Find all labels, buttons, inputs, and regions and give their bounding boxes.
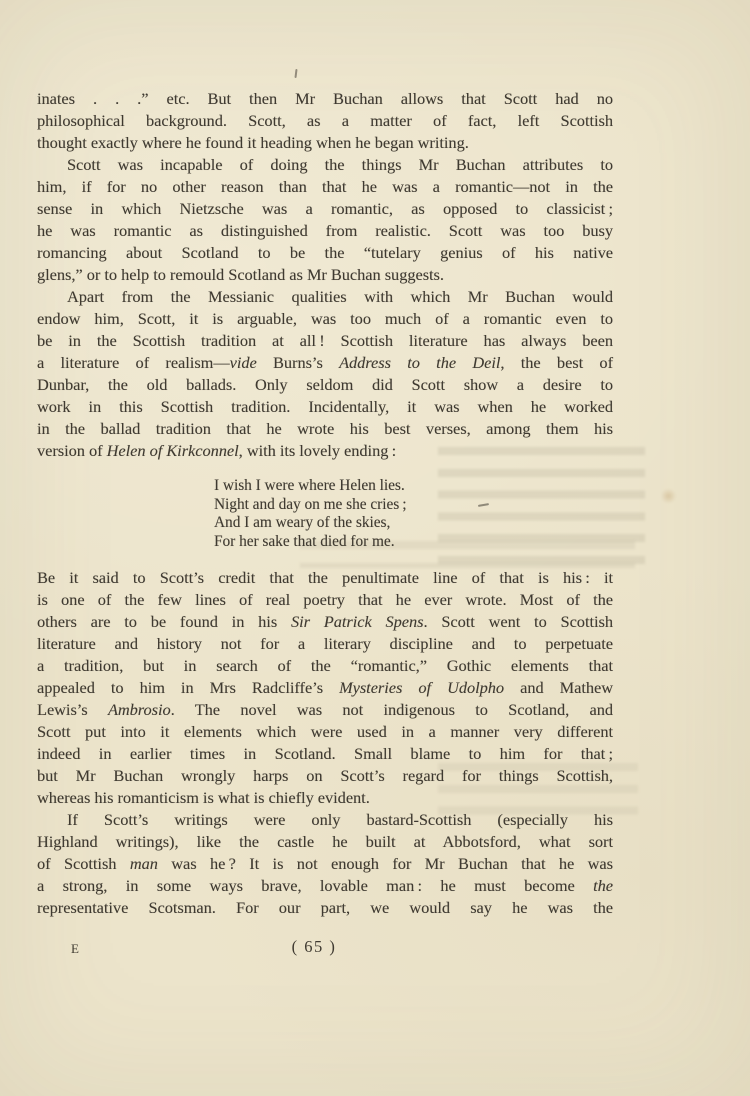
- text-line: I wish I were where Helen lies.: [214, 477, 613, 496]
- text-line: others are to be found in his Sir Patric…: [37, 611, 613, 633]
- text-line: sense in which Nietzsche was a romantic,…: [37, 198, 613, 220]
- text-line: Night and day on me she cries ;: [214, 496, 613, 515]
- verse-quote: I wish I were where Helen lies.Night and…: [214, 477, 613, 551]
- text-line: he was romantic as distinguished from re…: [37, 220, 613, 242]
- text-line: If Scott’s writings were only bastard-Sc…: [37, 809, 613, 831]
- foxing-spot: [660, 489, 677, 503]
- text-line: romancing about Scotland to be the “tute…: [37, 242, 613, 264]
- page-text: inates . . .” etc. But then Mr Buchan al…: [37, 88, 613, 919]
- italic-text: Mysteries of Udolpho: [339, 678, 504, 697]
- italic-text: Address to the Deil: [339, 353, 500, 372]
- paragraph: Apart from the Messianic qualities with …: [37, 286, 613, 462]
- text-line: Lewis’s Ambrosio. The novel was not indi…: [37, 699, 613, 721]
- paragraph: If Scott’s writings were only bastard-Sc…: [37, 809, 613, 919]
- text-line: appealed to him in Mrs Radcliffe’s Myste…: [37, 677, 613, 699]
- text-line: Dunbar, the old ballads. Only seldom did…: [37, 374, 613, 396]
- text-line: thought exactly where he found it headin…: [37, 132, 613, 154]
- italic-text: man: [130, 854, 158, 873]
- text-line: whereas his romanticism is what is chief…: [37, 787, 613, 809]
- text-line: a literature of realism—vide Burns’s Add…: [37, 352, 613, 374]
- text-line: philosophical background. Scott, as a ma…: [37, 110, 613, 132]
- text-line: indeed in earlier times in Scotland. Sma…: [37, 743, 613, 765]
- text-line: him, if for no other reason than that he…: [37, 176, 613, 198]
- text-line: literature and history not for a literar…: [37, 633, 613, 655]
- paragraph: inates . . .” etc. But then Mr Buchan al…: [37, 88, 613, 154]
- italic-text: vide: [230, 353, 257, 372]
- paragraph: Scott was incapable of doing the things …: [37, 154, 613, 286]
- text-line: inates . . .” etc. But then Mr Buchan al…: [37, 88, 613, 110]
- text-line: a strong, in some ways brave, lovable ma…: [37, 875, 613, 897]
- page-footer: E ( 65 ): [37, 937, 613, 961]
- text-line: And I am weary of the skies,: [214, 514, 613, 533]
- italic-text: Ambrosio: [108, 700, 171, 719]
- text-line: a tradition, but in search of the “roman…: [37, 655, 613, 677]
- text-line: be in the Scottish tradition at all ! Sc…: [37, 330, 613, 352]
- text-line: endow him, Scott, it is arguable, was to…: [37, 308, 613, 330]
- scanned-book-page: inates . . .” etc. But then Mr Buchan al…: [0, 0, 750, 1096]
- italic-text: Sir Patrick Spens: [291, 612, 424, 631]
- text-line: representative Scotsman. For our part, w…: [37, 897, 613, 919]
- text-line: Highland writings), like the castle he b…: [37, 831, 613, 853]
- text-line: is one of the few lines of real poetry t…: [37, 589, 613, 611]
- text-line: version of Helen of Kirkconnel, with its…: [37, 440, 613, 462]
- text-line: in the ballad tradition that he wrote hi…: [37, 418, 613, 440]
- text-line: of Scottish man was he ? It is not enoug…: [37, 853, 613, 875]
- text-line: but Mr Buchan wrongly harps on Scott’s r…: [37, 765, 613, 787]
- scan-speck: [294, 69, 297, 78]
- paragraph: Be it said to Scott’s credit that the pe…: [37, 567, 613, 809]
- text-line: For her sake that died for me.: [214, 533, 613, 552]
- page-number: ( 65 ): [37, 937, 591, 957]
- text-line: Scott was incapable of doing the things …: [37, 154, 613, 176]
- text-line: glens,” or to help to remould Scotland a…: [37, 264, 613, 286]
- text-line: Scott put into it elements which were us…: [37, 721, 613, 743]
- text-line: work in this Scottish tradition. Inciden…: [37, 396, 613, 418]
- text-line: Be it said to Scott’s credit that the pe…: [37, 567, 613, 589]
- italic-text: Helen of Kirkconnel: [107, 441, 239, 460]
- text-line: Apart from the Messianic qualities with …: [37, 286, 613, 308]
- italic-text: the: [593, 876, 613, 895]
